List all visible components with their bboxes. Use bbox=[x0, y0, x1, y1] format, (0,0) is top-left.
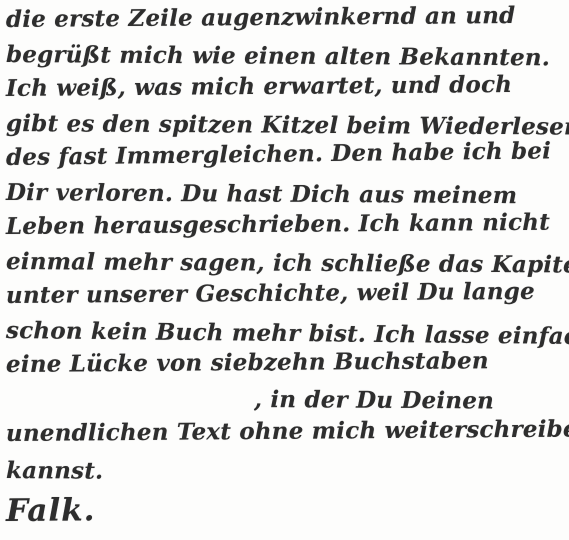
handwritten-line: unendlichen Text ohne mich weiterschreib… bbox=[6, 413, 565, 452]
handwritten-line-closing: kannst. bbox=[6, 454, 565, 492]
handwritten-line: Ich weiß, was mich erwartet, und doch bbox=[6, 68, 565, 107]
handwritten-line: eine Lücke von siebzehn Buchstaben bbox=[6, 344, 565, 383]
handwritten-line: Leben herausgeschrieben. Ich kann nicht bbox=[6, 206, 565, 245]
handwritten-line: unter unserer Geschichte, weil Du lange bbox=[6, 275, 565, 314]
handwritten-line: die erste Zeile augenzwinkernd an und bbox=[6, 0, 565, 37]
handwritten-line: des fast Immergleichen. Den habe ich bei bbox=[6, 134, 565, 175]
signature: Falk. bbox=[6, 487, 565, 531]
letter-page: die erste Zeile augenzwinkernd an und be… bbox=[0, 0, 569, 540]
